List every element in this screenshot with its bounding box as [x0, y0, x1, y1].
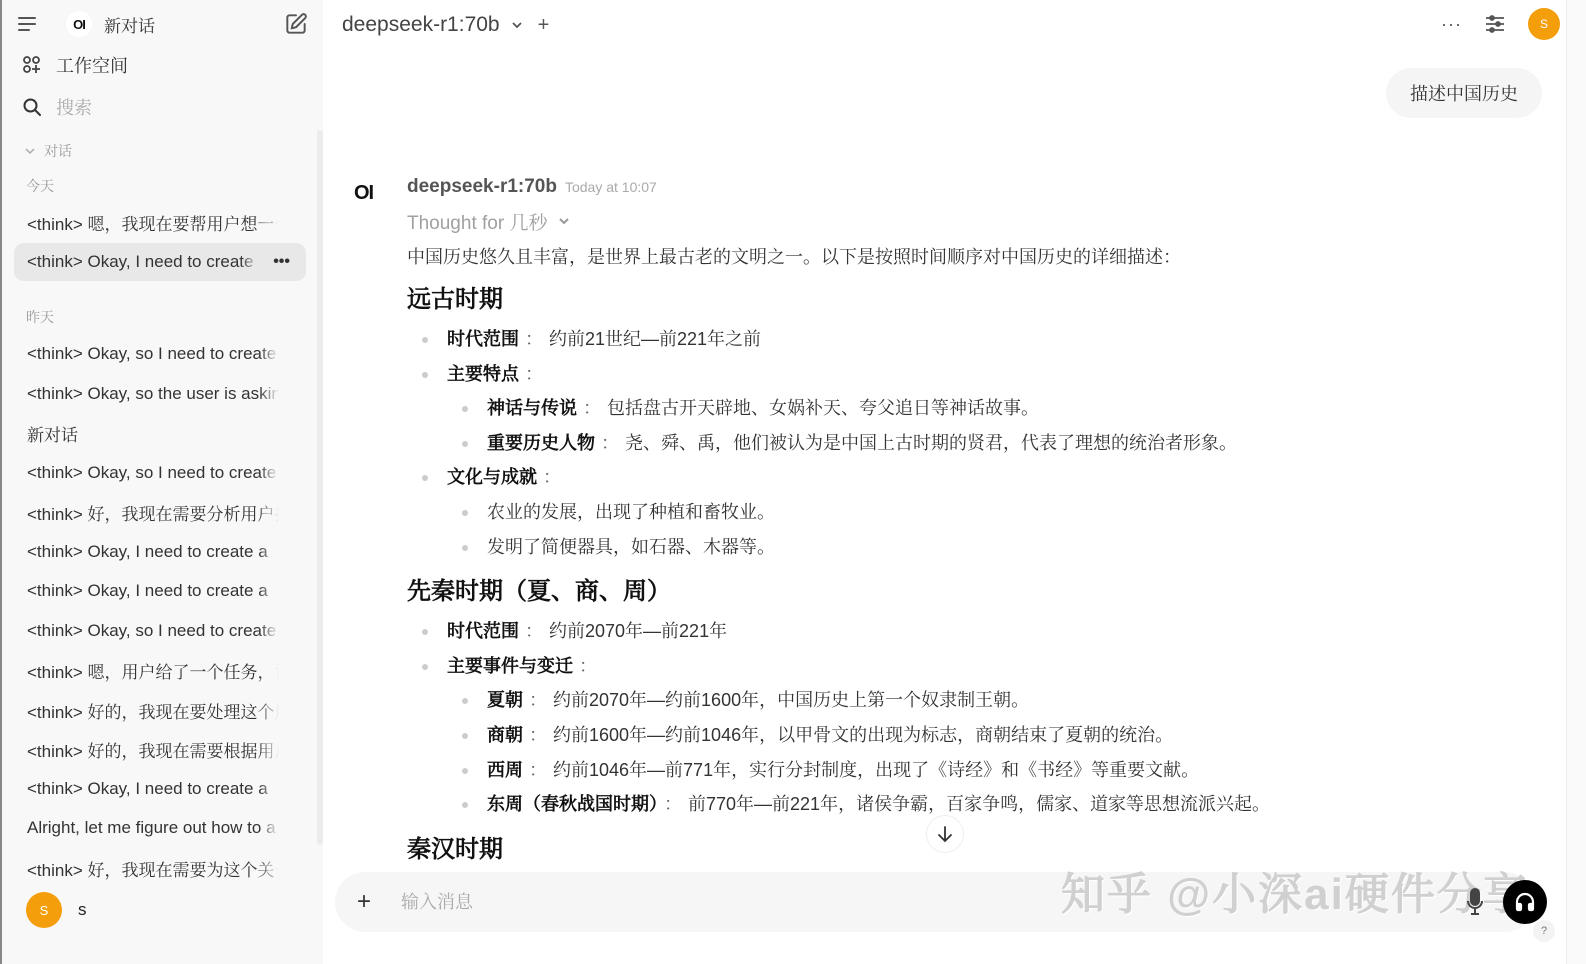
scroll-to-bottom-button[interactable]	[926, 815, 964, 853]
user-menu[interactable]: S s	[26, 892, 87, 928]
section-label: 对话	[44, 141, 72, 161]
chat-item[interactable]: <think> Okay, so I need to create	[14, 454, 306, 492]
list-item: 商朝：约前1600年—约前1046年，以甲骨文的出现为标志，商朝结束了夏朝的统治…	[447, 718, 1527, 753]
chat-item[interactable]: <think> 好，我现在需要为这个关于	[14, 849, 306, 887]
chat-item[interactable]: <think> Okay, I need to create a	[14, 770, 306, 808]
chevron-down-icon[interactable]	[510, 18, 524, 32]
workspace-icon	[22, 55, 42, 75]
new-chat-label[interactable]: 新对话	[104, 12, 155, 37]
chat-item[interactable]: <think> 好，我现在需要分析用户提	[14, 493, 306, 531]
chat-item[interactable]: <think> 好的，我现在需要根据用户	[14, 730, 306, 768]
thought-toggle[interactable]: Thought for 几秒	[407, 208, 1527, 234]
sidebar-header: OI 新对话	[18, 8, 309, 40]
chat-item[interactable]: Alright, let me figure out how to a	[14, 809, 306, 847]
sidebar: OI 新对话 工作空间 搜索 对话 今天 <think> 嗯，我现在要帮用户想一…	[0, 0, 323, 964]
message-timestamp: Today at 10:07	[565, 179, 657, 195]
chat-main: deepseek-r1:70b + ··· S 描述中国历史 OI deepse…	[323, 0, 1586, 964]
list-item: 东周（春秋战国时期）：前770年—前221年，诸侯争霸，百家争鸣，儒家、道家等思…	[447, 787, 1527, 822]
section-list: 时代范围：约前21世纪—前221年之前 主要特点： 神话与传说：包括盘古开天辟地…	[407, 322, 1527, 564]
sidebar-search[interactable]: 搜索	[22, 92, 92, 122]
user-name: s	[78, 900, 87, 920]
add-model-button[interactable]: +	[538, 14, 550, 37]
chat-item[interactable]: <think> Okay, so I need to create	[14, 335, 306, 373]
help-button[interactable]: ?	[1533, 920, 1555, 942]
app-logo[interactable]: OI	[66, 11, 92, 37]
new-chat-edit-icon[interactable]	[283, 11, 309, 37]
user-message: 描述中国历史	[1386, 68, 1542, 118]
list-item: 时代范围：约前2070年—前221年	[407, 614, 1527, 649]
list-item: 重要历史人物：尧、舜、禹，他们被认为是中国上古时期的贤君，代表了理想的统治者形象…	[447, 426, 1527, 461]
chat-item[interactable]: <think> Okay, I need to create a	[14, 533, 306, 571]
more-options-icon[interactable]: ···	[1441, 14, 1462, 35]
list-item: 农业的发展，出现了种植和畜牧业。	[447, 495, 1527, 530]
chat-item[interactable]: <think> 嗯，用户给了一个任务，让	[14, 651, 306, 689]
header-actions: ··· S	[1441, 8, 1560, 40]
assistant-logo: OI	[354, 182, 373, 205]
chevron-down-icon	[557, 214, 571, 228]
list-item: 时代范围：约前21世纪—前221年之前	[407, 322, 1527, 357]
microphone-icon[interactable]	[1466, 887, 1484, 917]
assistant-model-name: deepseek-r1:70b	[407, 176, 557, 198]
chevron-down-icon	[24, 145, 36, 157]
list-item: 夏朝：约前2070年—约前1600年，中国历史上第一个奴隶制王朝。	[447, 683, 1527, 718]
headphones-icon	[1514, 891, 1536, 913]
chat-item[interactable]: <think> Okay, so I need to create	[14, 612, 306, 650]
chat-item[interactable]: 新对话	[14, 414, 306, 452]
search-input[interactable]: 搜索	[56, 94, 92, 120]
chat-item[interactable]: <think> 嗯，我现在要帮用户想一个	[14, 203, 306, 241]
attach-button[interactable]: +	[357, 888, 381, 916]
chat-item[interactable]: <think> Okay, I need to create a	[14, 572, 306, 610]
chat-item[interactable]: <think> Okay, so the user is asking	[14, 375, 306, 413]
list-item: 神话与传说：包括盘古开天辟地、女娲补天、夸父追日等神话故事。	[447, 391, 1527, 426]
chat-item[interactable]: <think> 好的，我现在要处理这个用	[14, 691, 306, 729]
section-heading: 先秦时期（夏、商、周）	[407, 570, 1527, 614]
section-list: 时代范围：约前2070年—前221年 主要事件与变迁： 夏朝：约前2070年—约…	[407, 614, 1527, 822]
list-item: 文化与成就： 农业的发展，出现了种植和畜牧业。 发明了简便器具，如石器、木器等。	[407, 460, 1527, 564]
chats-section-toggle[interactable]: 对话	[24, 141, 72, 161]
watermark: 知乎 @小深ai硬件分享	[1061, 858, 1529, 922]
list-item: 主要特点： 神话与传说：包括盘古开天辟地、女娲补天、夸父追日等神话故事。 重要历…	[407, 357, 1527, 461]
message-intro: 中国历史悠久且丰富，是世界上最古老的文明之一。以下是按照时间顺序对中国历史的详细…	[407, 242, 1527, 272]
model-selector[interactable]: deepseek-r1:70b +	[342, 10, 549, 40]
group-label-today: 今天	[26, 176, 54, 196]
workspace-label: 工作空间	[56, 52, 128, 78]
chat-item-active[interactable]: <think> Okay, I need to create•••	[14, 243, 306, 281]
list-item: 发明了简便器具，如石器、木器等。	[447, 530, 1527, 565]
list-item: 主要事件与变迁： 夏朝：约前2070年—约前1600年，中国历史上第一个奴隶制王…	[407, 649, 1527, 822]
section-heading: 远古时期	[407, 278, 1527, 322]
group-label-yesterday: 昨天	[26, 307, 54, 327]
avatar: S	[26, 892, 62, 928]
page-scrollbar[interactable]	[1566, 0, 1586, 964]
list-item: 西周：约前1046年—前771年，实行分封制度，出现了《诗经》和《书经》等重要文…	[447, 753, 1527, 788]
search-icon	[22, 97, 42, 117]
sidebar-item-workspace[interactable]: 工作空间	[22, 50, 128, 80]
avatar[interactable]: S	[1528, 8, 1560, 40]
arrow-down-icon	[936, 825, 954, 843]
chat-more-icon[interactable]: •••	[273, 253, 290, 271]
menu-icon[interactable]	[18, 12, 42, 36]
voice-mode-button[interactable]	[1503, 880, 1547, 924]
controls-sliders-icon[interactable]	[1484, 14, 1506, 34]
model-name[interactable]: deepseek-r1:70b	[342, 13, 500, 37]
